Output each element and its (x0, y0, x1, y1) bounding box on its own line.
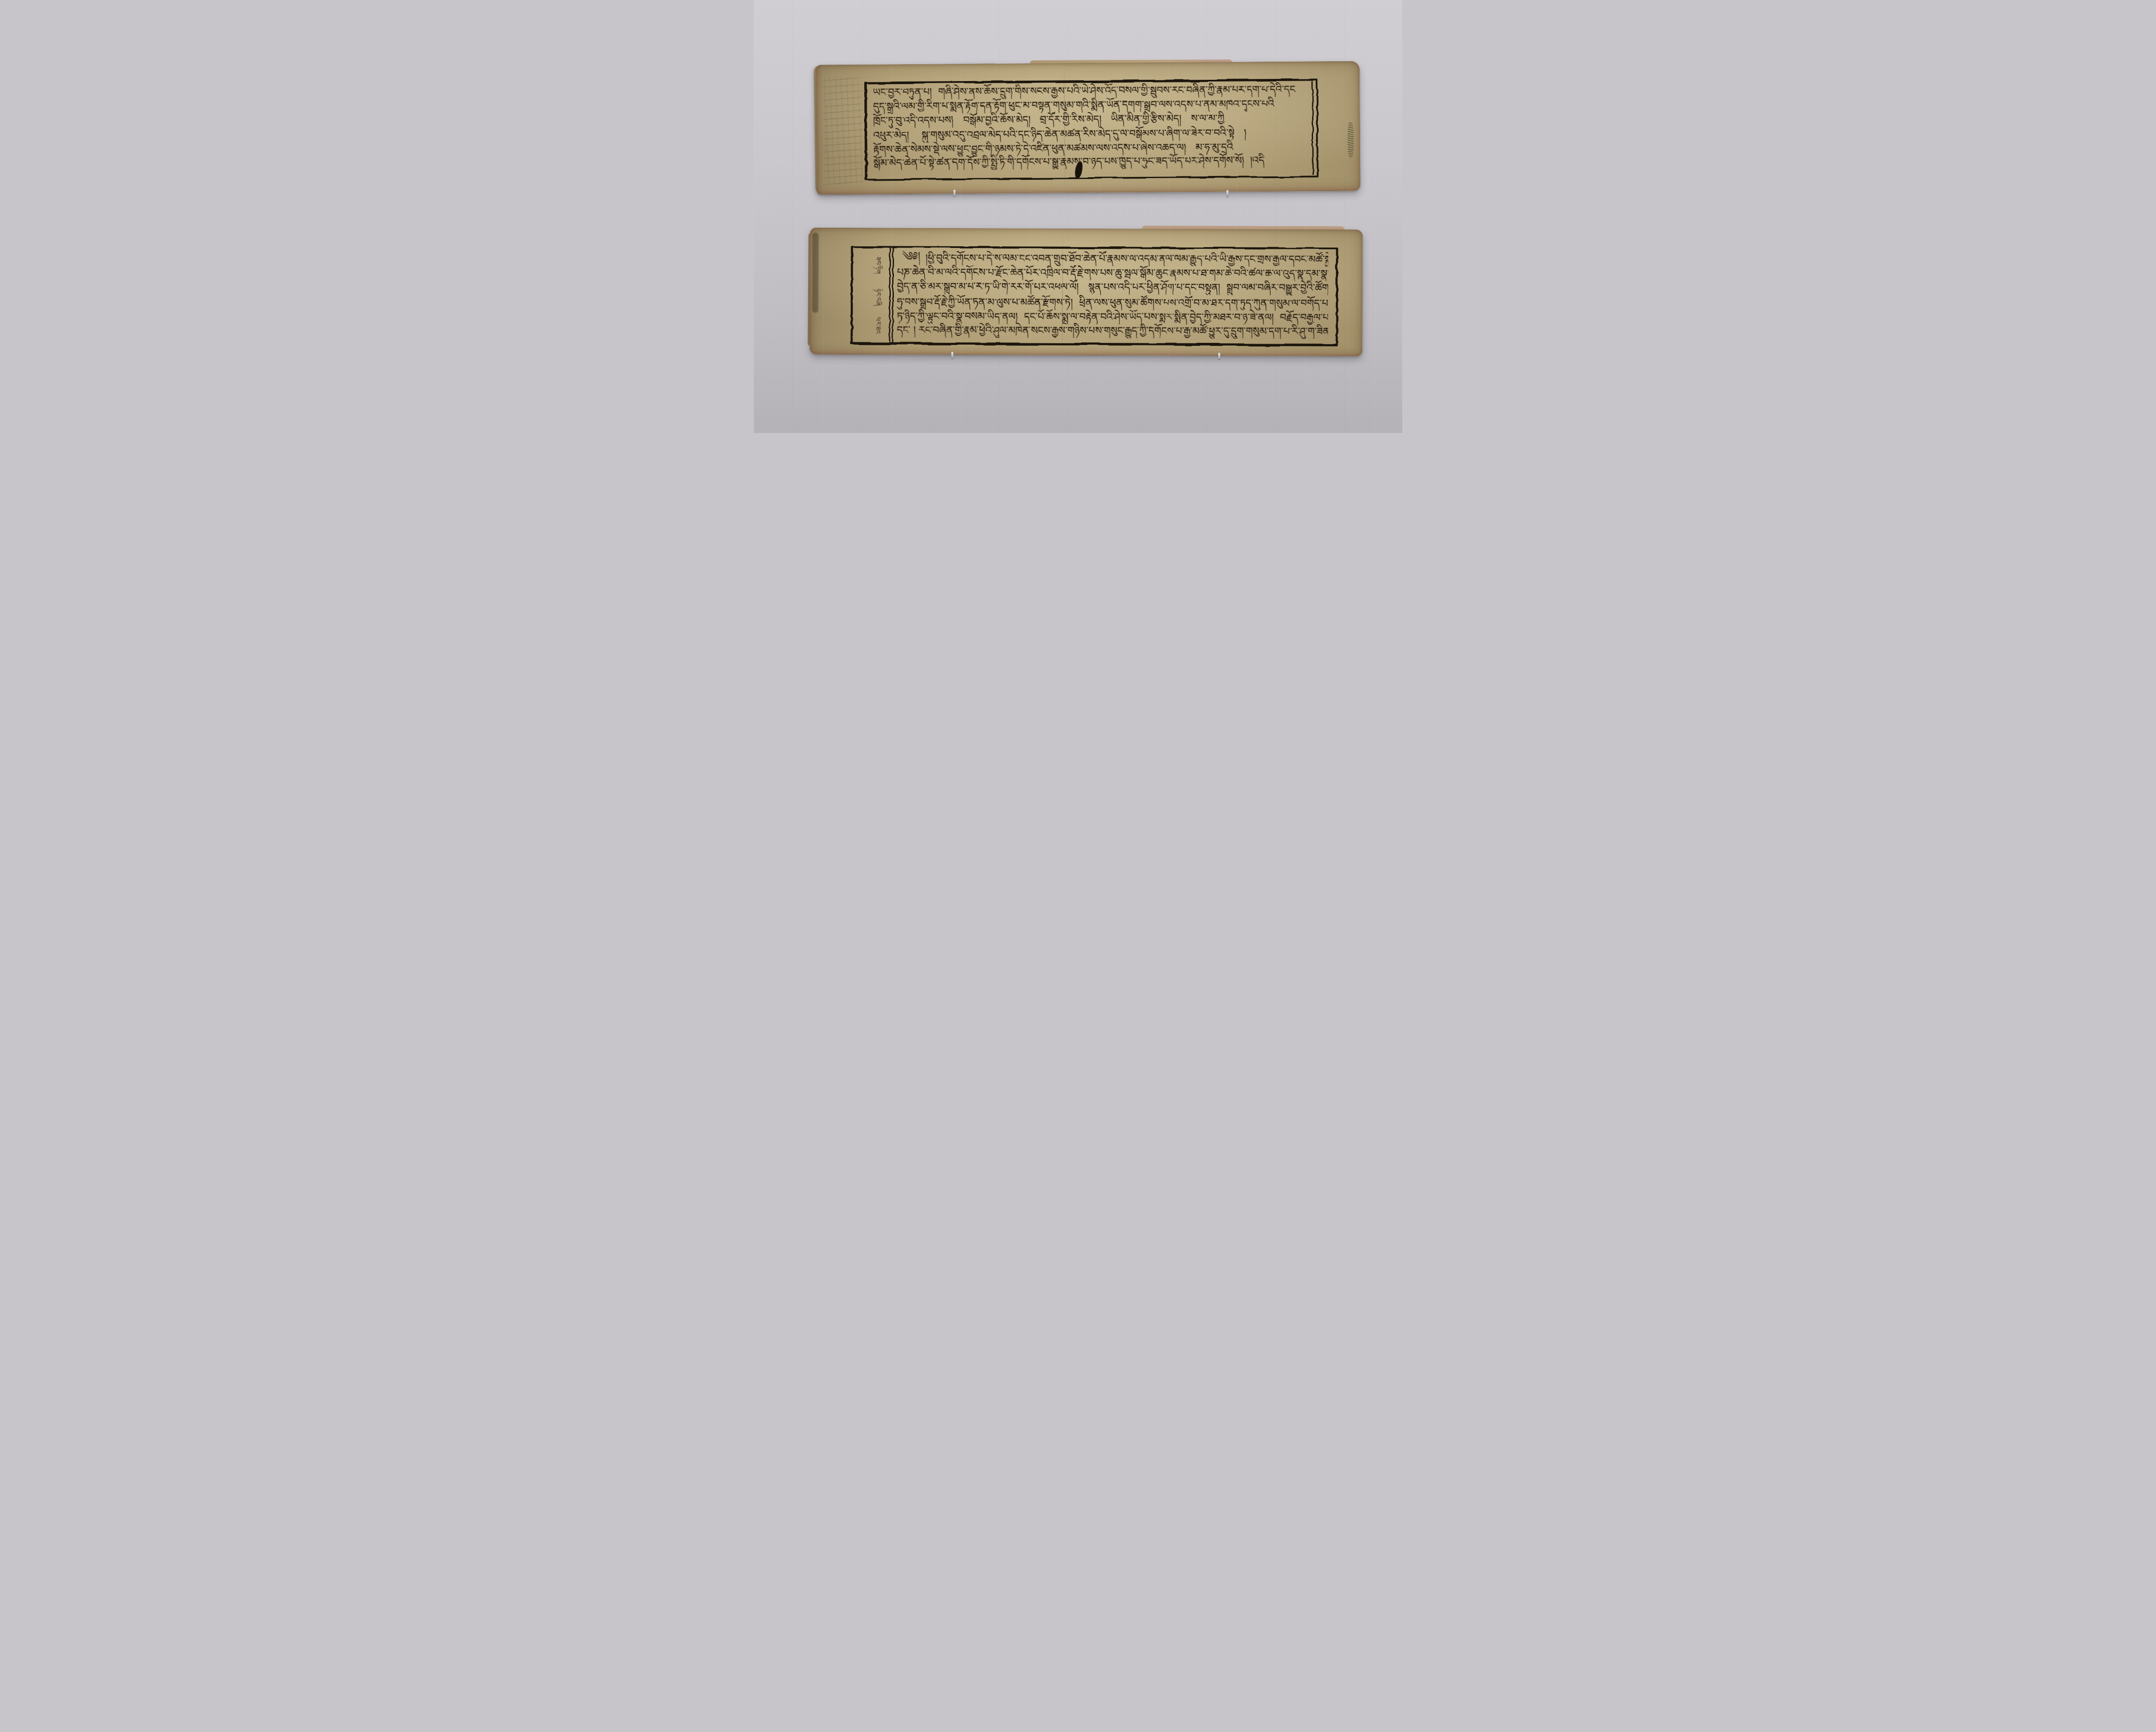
text-line: །ཕྱི་བུའི་དགོངས་པ་དེ་ས་ལམ་ངང་འབན་གྲུབ་ཐོ… (925, 251, 1328, 267)
margin-label: པར་ཐང (873, 317, 882, 342)
text-line: སྒོམ་མེད་ཆེན་པོ་སྟེ་ཚན་དག་དོས་ཀྱི་སྤྱི་ཏ… (873, 153, 1307, 170)
photo-backdrop: ཡང་བྱར་བཏུན་པ། གཞི་ཤེས་ནས་ཆོས་དྲུག་གིས་ས… (754, 0, 1402, 433)
bottom-folio: ཟབ་ཏིག ཉེར་བཞི པར་ཐང ༄༅། །ཕྱི་བུའི་དགོངས… (809, 228, 1363, 356)
frame-double-rule (1312, 82, 1314, 175)
mounting-pin (1226, 190, 1228, 197)
mounting-pin (953, 190, 956, 196)
top-folio: ཡང་བྱར་བཏུན་པ། གཞི་ཤེས་ནས་ཆོས་དྲུག་གིས་ས… (816, 61, 1360, 195)
edge-stain (812, 233, 819, 313)
margin-double-rule (889, 248, 891, 342)
ink-smudge (1347, 122, 1354, 158)
text-line: པཎ་ཆེན་བི་མ་ལའི་དགོངས་པ་རྫོང་ཆེན་པོར་འཁྲ… (897, 265, 1328, 281)
text-line: བྱེད་ན་ཅི་མར་སྒྲུབ་མ་པ་ར་ཏ་ཡི་གེ་རར་གོ་པ… (897, 279, 1328, 295)
margin-label: ཟབ་ཏིག (873, 256, 882, 282)
ink-offset-smudges (823, 78, 863, 186)
text-line: དང་ ། རང་བཞིན་གྱི་རྣམ་ཕྱེའི་ཤུལ་མཁེན་སངས… (897, 323, 1328, 339)
text-line: ཧུ་བས་སྒྲུབ་རྡོ་རྗེ་ཀྱི་ཡོན་ཏན་མ་ལུས་པ་མ… (897, 295, 1328, 311)
yig-mgo-head-mark: ༄༅། (902, 249, 920, 264)
mounting-pin (1218, 353, 1220, 359)
mounting-pin (951, 352, 953, 358)
margin-label: ཉེར་བཞི (873, 288, 882, 314)
